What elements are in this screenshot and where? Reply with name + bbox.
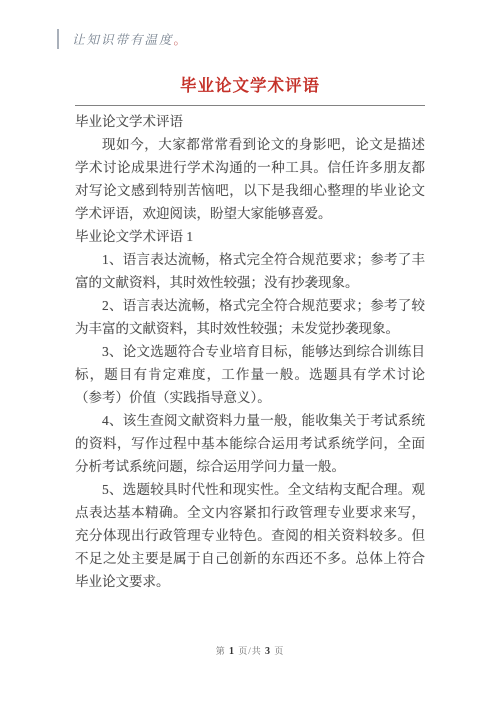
list-item: 1、语言表达流畅，格式完全符合规范要求；参考了丰富的文献资料，其时效性较强；没有… bbox=[75, 248, 425, 294]
page-footer: 第 1 页/共 3 页 bbox=[0, 644, 500, 657]
slogan-divider-bar bbox=[57, 29, 59, 49]
intro-paragraph: 现如今，大家都常常看到论文的身影吧，论文是描述学术讨论成果进行学术沟通的一种工具… bbox=[75, 133, 425, 225]
list-item: 2、语言表达流畅，格式完全符合规范要求；参考了较为丰富的文献资料，其时效性较强；… bbox=[75, 294, 425, 340]
footer-page-number: 1 bbox=[229, 646, 235, 657]
list-item: 3、论文选题符合专业培育目标，能够达到综合训练目标，题目有肯定难度，工作量一般。… bbox=[75, 340, 425, 409]
footer-mid: 页/共 bbox=[238, 646, 262, 656]
list-item: 4、该生查阅文献资料力量一般，能收集关于考试系统的资料，写作过程中基本能综合运用… bbox=[75, 409, 425, 478]
slogan-period: 。 bbox=[174, 33, 189, 47]
document-page: 让知识带有温度。 毕业论文学术评语 毕业论文学术评语 现如今，大家都常常看到论文… bbox=[0, 0, 500, 707]
brand-slogan: 让知识带有温度。 bbox=[72, 30, 188, 48]
document-label: 毕业论文学术评语 bbox=[75, 110, 425, 133]
title-divider-rule bbox=[75, 105, 425, 106]
footer-prefix: 第 bbox=[216, 646, 226, 656]
document-body: 毕业论文学术评语 现如今，大家都常常看到论文的身影吧，论文是描述学术讨论成果进行… bbox=[75, 110, 425, 593]
section-header: 毕业论文学术评语 1 bbox=[75, 225, 425, 248]
footer-suffix: 页 bbox=[274, 646, 284, 656]
page-title: 毕业论文学术评语 bbox=[0, 72, 500, 96]
footer-total-pages: 3 bbox=[265, 646, 271, 657]
list-item: 5、选题较具时代性和现实性。全文结构支配合理。观点表达基本精确。全文内容紧扣行政… bbox=[75, 478, 425, 593]
slogan-text: 让知识带有温度 bbox=[72, 33, 174, 47]
